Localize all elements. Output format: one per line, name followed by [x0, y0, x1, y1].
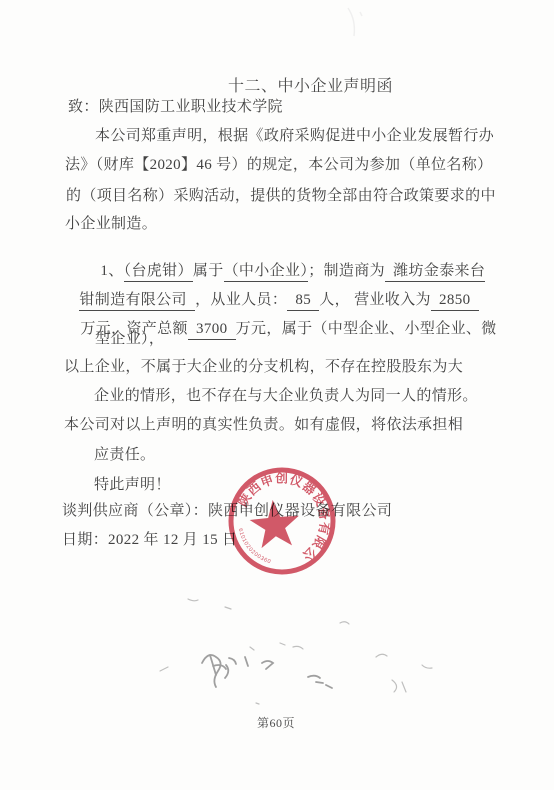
- document-title: 十二、中小企业声明函: [228, 73, 393, 96]
- paper-background: 十二、中小企业声明函 致：陕西国防工业职业技术学院 本公司郑重声明，根据《政府采…: [0, 0, 554, 790]
- doc-line: 的（项目名称）采购活动，提供的货物全部由符合政策要求的中: [66, 188, 496, 205]
- doc-line-date: 日期：2022 年 12 月 15 日: [62, 532, 237, 549]
- doc-line: 本公司对以上声明的真实性负责。如有虚假，将依法承担相: [64, 417, 463, 434]
- doc-line-declaration: 特此声明！: [94, 477, 171, 494]
- doc-line: 企业的情形，也不存在与大企业负责人为同一人的情形。: [94, 388, 478, 405]
- text-segment: 万元，属于（中型企业、小型企业、微: [236, 321, 497, 337]
- scanned-document-page: { "document": { "title": "十二、中小企业声明函", "…: [0, 0, 554, 790]
- scan-artifact: [320, 4, 380, 54]
- doc-line-item1-cont: 钳制造有限公司 ，从业人员： 85 人， 营业收入为 2850: [63, 275, 479, 292]
- doc-line-assets: 万元，资产总额 3700 万元，属于（中型企业、小型企业、微: [64, 304, 497, 321]
- doc-line: 型企业），: [95, 331, 164, 348]
- company-seal: 陕西申创仪器设备有限公司 6101020200360: [222, 461, 342, 581]
- doc-line: 小企业制造。: [65, 216, 157, 233]
- doc-line: 法》（财库【2020】46 号）的规定，本公司为参加（单位名称）: [65, 157, 492, 174]
- page-number: 第60页: [257, 714, 295, 731]
- doc-line-item1: 1、（台虎钳）属于（中小企业）；制造商为 潍坊金泰来台: [84, 246, 485, 263]
- doc-line: 以上企业，不属于大企业的分支机构，不存在控股股东为大: [64, 359, 463, 376]
- seal-star: [248, 498, 301, 549]
- doc-line: 应责任。: [94, 447, 155, 464]
- underlined-field-total-assets: 3700: [188, 321, 236, 340]
- doc-line: 本公司郑重声明，根据《政府采购促进中小企业发展暂行办: [95, 128, 494, 145]
- ink-smudge: [130, 585, 460, 715]
- doc-line-addressee: 致：陕西国防工业职业技术学院: [68, 99, 283, 116]
